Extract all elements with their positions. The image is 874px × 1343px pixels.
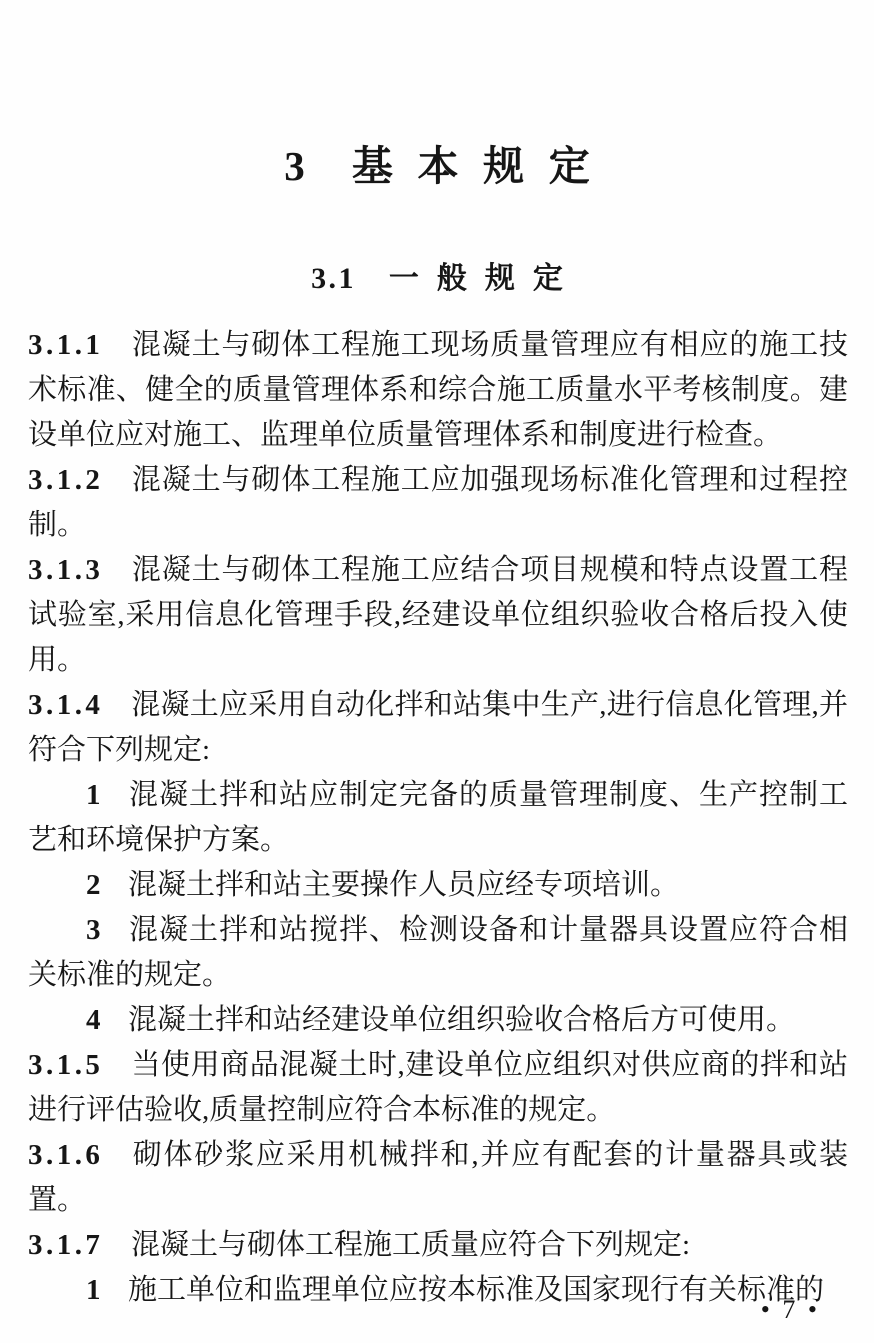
clause-text: 当使用商品混凝土时,建设单位应组织对供应商的拌和站进行评估验收,质量控制应符合本… [28,1049,848,1126]
clause-3-1-4-item-4: 4混凝土拌和站经建设单位组织验收合格后方可使用。 [28,998,848,1043]
section-title: 3.1一般规定 [0,191,874,297]
clause-number: 3.1.3 [28,554,103,586]
clause-3-1-4: 3.1.4混凝土应采用自动化拌和站集中生产,进行信息化管理,并符合下列规定: [28,683,848,773]
clause-text: 混凝土与砌体工程施工应加强现场标准化管理和过程控制。 [28,464,848,541]
item-number: 1 [86,779,101,811]
clause-3-1-4-item-3: 3混凝土拌和站搅拌、检测设备和计量器具设置应符合相关标准的规定。 [28,908,848,998]
clause-number: 3.1.7 [28,1229,103,1261]
clause-3-1-4-item-1: 1混凝土拌和站应制定完备的质量管理制度、生产控制工艺和环境保护方案。 [28,773,848,863]
clause-text: 混凝土与砌体工程施工质量应符合下列规定: [131,1229,690,1261]
clause-3-1-1: 3.1.1混凝土与砌体工程施工现场质量管理应有相应的施工技术标准、健全的质量管理… [28,323,848,458]
document-body: 3.1.1混凝土与砌体工程施工现场质量管理应有相应的施工技术标准、健全的质量管理… [28,323,848,1313]
clause-text: 混凝土应采用自动化拌和站集中生产,进行信息化管理,并符合下列规定: [28,689,848,766]
item-number: 1 [86,1274,101,1306]
clause-number: 3.1.2 [28,464,103,496]
clause-number: 3.1.4 [28,689,103,721]
chapter-name: 基本规定 [352,143,614,189]
document-page: 3基本规定 3.1一般规定 3.1.1混凝土与砌体工程施工现场质量管理应有相应的… [0,0,874,1343]
clause-3-1-5: 3.1.5当使用商品混凝土时,建设单位应组织对供应商的拌和站进行评估验收,质量控… [28,1043,848,1133]
item-text: 混凝土拌和站搅拌、检测设备和计量器具设置应符合相关标准的规定。 [28,914,848,991]
clause-number: 3.1.5 [28,1049,103,1081]
section-name: 一般规定 [389,262,581,295]
clause-3-1-7-item-1: 1施工单位和监理单位应按本标准及国家现行有关标准的 [28,1268,848,1313]
item-number: 2 [86,869,101,901]
clause-number: 3.1.1 [28,329,103,361]
chapter-title: 3基本规定 [0,0,874,191]
clause-3-1-6: 3.1.6砌体砂浆应采用机械拌和,并应有配套的计量器具或装置。 [28,1133,848,1223]
item-number: 3 [86,914,101,946]
item-text: 混凝土拌和站经建设单位组织验收合格后方可使用。 [128,1004,795,1036]
item-text: 混凝土拌和站主要操作人员应经专项培训。 [128,869,679,901]
clause-3-1-4-item-2: 2混凝土拌和站主要操作人员应经专项培训。 [28,863,848,908]
chapter-number: 3 [284,143,305,189]
clause-number: 3.1.6 [28,1139,103,1171]
page-number: • 7 • [761,1295,820,1325]
item-text: 混凝土拌和站应制定完备的质量管理制度、生产控制工艺和环境保护方案。 [28,779,848,856]
item-text: 施工单位和监理单位应按本标准及国家现行有关标准的 [128,1274,824,1306]
clause-text: 砌体砂浆应采用机械拌和,并应有配套的计量器具或装置。 [28,1139,848,1216]
clause-3-1-7: 3.1.7混凝土与砌体工程施工质量应符合下列规定: [28,1223,848,1268]
clause-3-1-2: 3.1.2混凝土与砌体工程施工应加强现场标准化管理和过程控制。 [28,458,848,548]
clause-text: 混凝土与砌体工程施工应结合项目规模和特点设置工程试验室,采用信息化管理手段,经建… [28,554,848,676]
clause-text: 混凝土与砌体工程施工现场质量管理应有相应的施工技术标准、健全的质量管理体系和综合… [28,329,848,451]
item-number: 4 [86,1004,101,1036]
clause-3-1-3: 3.1.3混凝土与砌体工程施工应结合项目规模和特点设置工程试验室,采用信息化管理… [28,548,848,683]
section-number: 3.1 [311,262,356,295]
